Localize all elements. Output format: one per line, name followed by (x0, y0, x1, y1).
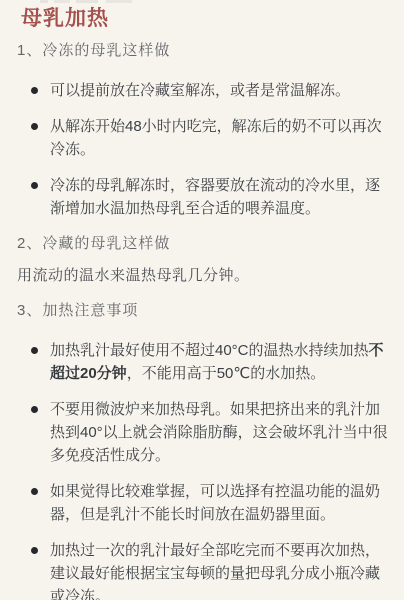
bullet-text: 如果觉得比较难掌握，可以选择有控温功能的温奶器，但是乳汁不能长时间放在温奶器里面… (50, 480, 389, 526)
list-item: 冷冻的母乳解冻时，容器要放在流动的冷水里，逐渐增加水温加热母乳至合适的喂养温度。 (17, 174, 389, 220)
bullet-dot-icon (31, 182, 38, 189)
bullet-dot-icon (31, 123, 38, 130)
section-1-bullet-list: 可以提前放在冷藏室解冻，或者是常温解冻。 从解冻开始48小时内吃完，解冻后的奶不… (17, 79, 389, 220)
list-item: 从解冻开始48小时内吃完，解冻后的奶不可以再次冷冻。 (17, 115, 389, 161)
bullet-text: 冷冻的母乳解冻时，容器要放在流动的冷水里，逐渐增加水温加热母乳至合适的喂养温度。 (50, 174, 389, 220)
section-heading-2: 2、冷藏的母乳这样做 (17, 234, 389, 254)
bullet-text: 加热乳汁最好使用不超过40°C的温热水持续加热不超过20分钟，不能用高于50℃的… (50, 339, 389, 385)
bullet-text: 可以提前放在冷藏室解冻，或者是常温解冻。 (50, 79, 350, 102)
bullet-dot-icon (31, 488, 38, 495)
document-page: 母乳加热 1、冷冻的母乳这样做 可以提前放在冷藏室解冻，或者是常温解冻。 从解冻… (0, 0, 404, 600)
bullet-text: 加热过一次的乳汁最好全部吃完而不要再次加热，建议最好能根据宝宝每顿的量把母乳分成… (50, 539, 389, 600)
bullet-text: 从解冻开始48小时内吃完，解冻后的奶不可以再次冷冻。 (50, 115, 389, 161)
bullet-dot-icon (31, 347, 38, 354)
list-item: 不要用微波炉来加热母乳。如果把挤出来的乳汁加热到40°以上就会消除脂肪酶，这会破… (17, 398, 389, 467)
bullet-text: 不要用微波炉来加热母乳。如果把挤出来的乳汁加热到40°以上就会消除脂肪酶，这会破… (50, 398, 389, 467)
bullet-dot-icon (31, 406, 38, 413)
page-title: 母乳加热 (21, 0, 389, 33)
bullet-dot-icon (31, 87, 38, 94)
list-item: 加热过一次的乳汁最好全部吃完而不要再次加热，建议最好能根据宝宝每顿的量把母乳分成… (17, 539, 389, 600)
clipped-text-remnant (40, 0, 150, 3)
section-heading-3: 3、加热注意事项 (17, 301, 389, 321)
bullet-text-post: ，不能用高于50℃的水加热。 (127, 365, 326, 382)
section-heading-1: 1、冷冻的母乳这样做 (17, 41, 389, 61)
list-item: 加热乳汁最好使用不超过40°C的温热水持续加热不超过20分钟，不能用高于50℃的… (17, 339, 389, 385)
bullet-text-pre: 加热乳汁最好使用不超过40°C的温热水持续加热 (50, 342, 369, 359)
section-3-bullet-list: 加热乳汁最好使用不超过40°C的温热水持续加热不超过20分钟，不能用高于50℃的… (17, 339, 389, 600)
list-item: 如果觉得比较难掌握，可以选择有控温功能的温奶器，但是乳汁不能长时间放在温奶器里面… (17, 480, 389, 526)
list-item: 可以提前放在冷藏室解冻，或者是常温解冻。 (17, 79, 389, 102)
bullet-dot-icon (31, 547, 38, 554)
section-2-paragraph: 用流动的温水来温热母乳几分钟。 (17, 264, 389, 287)
